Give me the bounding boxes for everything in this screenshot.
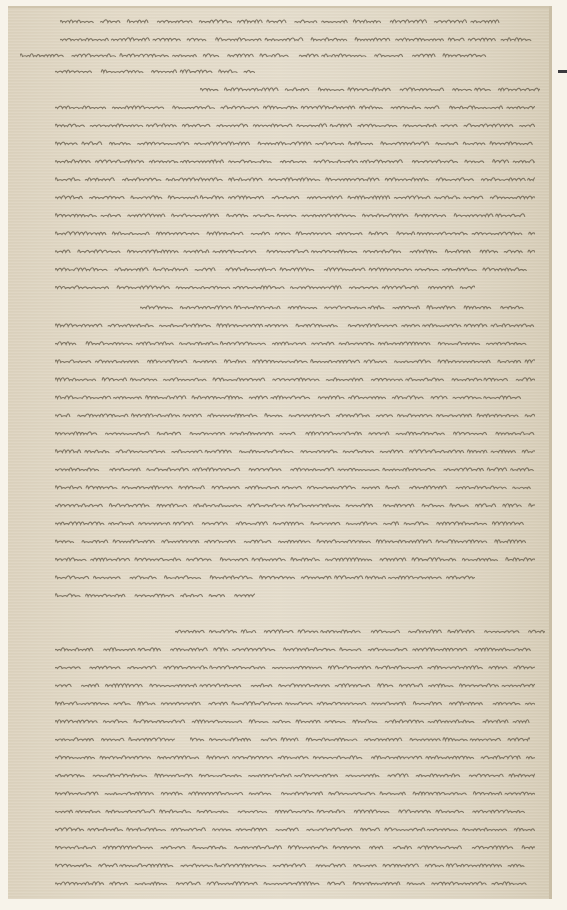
handwritten-line xyxy=(190,734,530,743)
handwritten-line xyxy=(55,428,535,437)
handwritten-line xyxy=(55,662,535,671)
handwritten-line xyxy=(55,536,535,545)
handwritten-line xyxy=(140,302,530,311)
handwritten-line xyxy=(55,374,535,383)
handwritten-line xyxy=(55,842,535,851)
handwritten-line xyxy=(55,210,535,219)
handwritten-line xyxy=(55,138,535,147)
handwritten-line xyxy=(55,734,175,743)
handwritten-line xyxy=(55,246,535,255)
handwritten-line xyxy=(55,102,535,111)
handwritten-line xyxy=(200,84,540,93)
handwritten-line xyxy=(55,878,535,887)
handwritten-line xyxy=(55,120,535,129)
handwritten-line xyxy=(55,356,535,365)
handwritten-line xyxy=(55,860,535,869)
handwritten-line xyxy=(55,572,475,581)
handwritten-line xyxy=(55,192,535,201)
handwritten-line xyxy=(55,320,535,329)
page-edge-mark xyxy=(558,70,567,73)
handwritten-line xyxy=(55,482,535,491)
handwritten-line xyxy=(55,464,535,473)
handwritten-line xyxy=(55,446,535,455)
handwritten-line xyxy=(55,282,475,291)
handwritten-line xyxy=(55,338,535,347)
handwritten-line xyxy=(60,16,500,25)
handwritten-line xyxy=(55,518,535,527)
handwritten-line xyxy=(55,590,255,599)
handwritten-line xyxy=(175,626,545,635)
handwritten-line xyxy=(55,228,535,237)
handwritten-line xyxy=(55,500,535,509)
handwritten-line xyxy=(55,788,535,797)
handwritten-line xyxy=(20,50,490,59)
handwritten-line xyxy=(55,752,535,761)
handwritten-line xyxy=(55,680,535,689)
handwritten-line xyxy=(60,34,540,43)
handwritten-line xyxy=(55,806,535,815)
handwritten-line xyxy=(55,698,535,707)
handwritten-line xyxy=(55,410,535,419)
handwritten-line xyxy=(55,770,535,779)
handwritten-line xyxy=(55,644,535,653)
handwritten-line xyxy=(55,554,535,563)
handwritten-line xyxy=(55,156,535,165)
handwritten-line xyxy=(55,824,535,833)
handwritten-line xyxy=(55,174,535,183)
handwritten-line xyxy=(55,392,535,401)
handwritten-line xyxy=(55,716,535,725)
handwritten-line xyxy=(55,264,535,273)
manuscript-page: Cursive handwriting in brown ink; text i… xyxy=(8,6,552,899)
handwritten-line xyxy=(55,66,255,75)
